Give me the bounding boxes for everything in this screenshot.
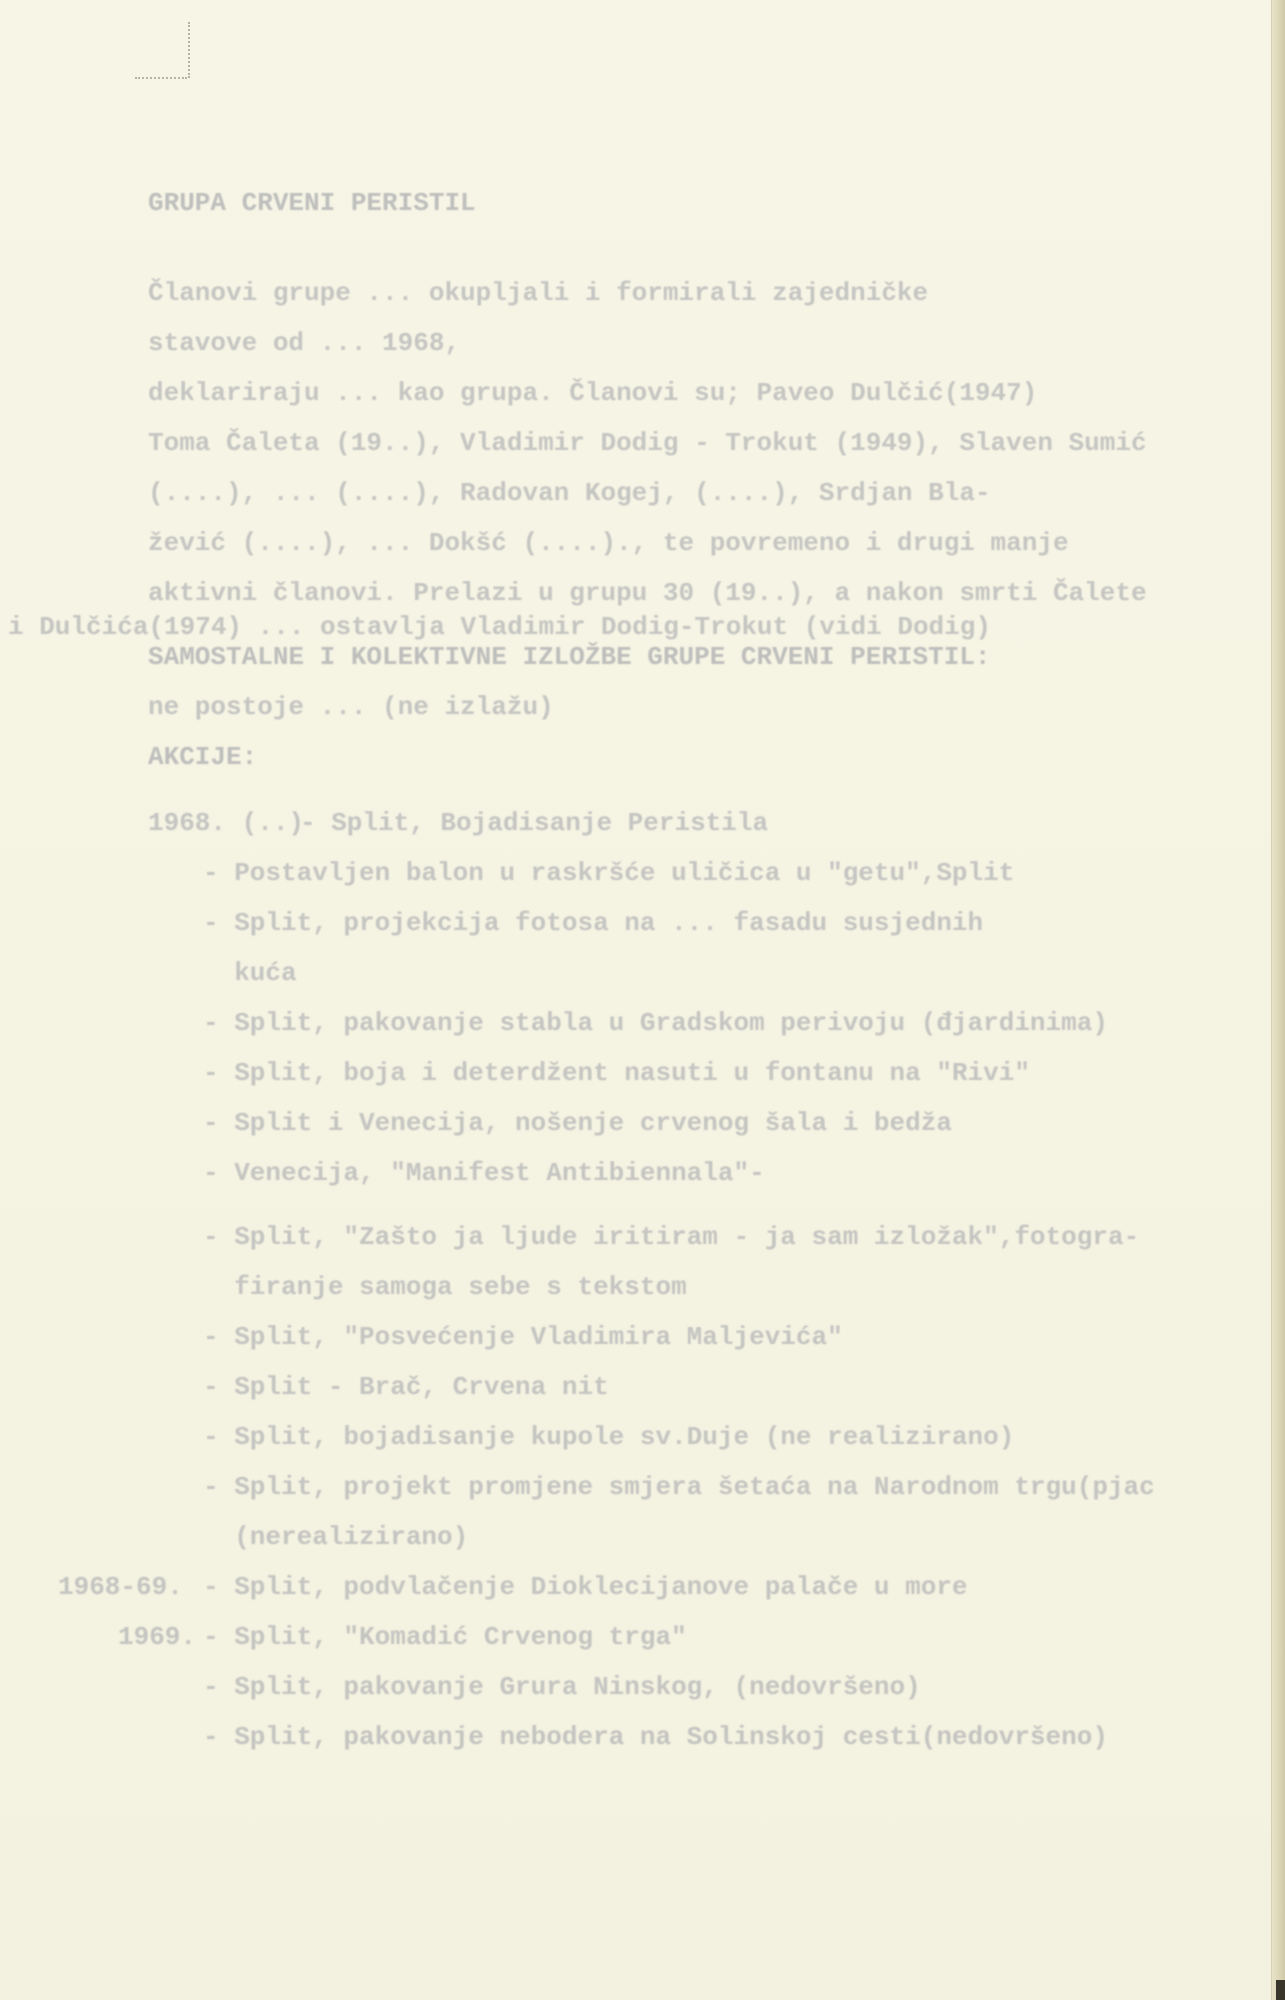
bleed-action-text: - Split, podvlačenje Dioklecijanove pala… — [203, 1572, 968, 1602]
bleed-members-line: Članovi grupe ... okupljali i formirali … — [148, 278, 928, 308]
bleed-members-line: i Dulčića(1974) ... ostavlja Vladimir Do… — [8, 612, 991, 642]
bleed-action-text: - Postavljen balon u raskršće uličica u … — [203, 858, 1014, 888]
bleed-action-text: - Split, "Posvećenje Vladimira Maljevića… — [203, 1322, 843, 1352]
bleed-action-text: - Split, boja i deterdžent nasuti u font… — [203, 1058, 1030, 1088]
bleed-members-line: žević (....), ... Dokšć (....)., te povr… — [148, 528, 1069, 558]
bleed-action-year: 1968-69. — [58, 1572, 183, 1602]
bleed-action-text: - Venecija, "Manifest Antibiennala"- — [203, 1158, 765, 1188]
bleed-action-text: (nerealizirano) — [203, 1522, 468, 1552]
bleed-exhibitions-note: ne postoje ... (ne izlažu) — [148, 692, 554, 722]
bleed-action-text: - Split, pakovanje Grura Ninskog, (nedov… — [203, 1672, 921, 1702]
bleed-action-text: - Split i Venecija, nošenje crvenog šala… — [203, 1108, 952, 1138]
bleed-action-text: - Split, "Zašto ja ljude iritiram - ja s… — [203, 1222, 1139, 1252]
bleed-members-line: aktivni članovi. Prelazi u grupu 30 (19.… — [148, 578, 1147, 608]
bleed-action-text: firanje samoga sebe s tekstom — [203, 1272, 687, 1302]
bleed-action-year: 1969. — [118, 1622, 196, 1652]
page-edge-shadow — [1276, 1980, 1285, 2000]
corner-mark — [180, 22, 190, 78]
bleed-action-text: - Split, pakovanje nebodera na Solinskoj… — [203, 1722, 1108, 1752]
corner-mark-horizontal — [135, 77, 187, 79]
bleed-action-year: 1968. (..) — [148, 808, 304, 838]
bleed-heading-group: GRUPA CRVENI PERISTIL — [148, 188, 476, 218]
bleed-action-text: - Split - Brač, Crvena nit — [203, 1372, 609, 1402]
bleed-heading-exhibitions: SAMOSTALNE I KOLEKTIVNE IZLOŽBE GRUPE CR… — [148, 642, 991, 672]
bleed-members-line: (....), ... (....), Radovan Kogej, (....… — [148, 478, 991, 508]
bleed-action-text: - Split, Bojadisanje Peristila — [300, 808, 768, 838]
bleed-members-line: stavove od ... 1968, — [148, 328, 460, 358]
bleed-members-line: deklariraju ... kao grupa. Članovi su; P… — [148, 378, 1037, 408]
bleed-action-text: - Split, pakovanje stabla u Gradskom per… — [203, 1008, 1108, 1038]
bleed-action-text: - Split, projekt promjene smjera šetaća … — [203, 1472, 1155, 1502]
bleed-heading-actions: AKCIJE: — [148, 742, 257, 772]
bleed-action-text: kuća — [203, 958, 297, 988]
bleed-action-text: - Split, projekcija fotosa na ... fasadu… — [203, 908, 983, 938]
bleed-action-text: - Split, "Komadić Crvenog trga" — [203, 1622, 687, 1652]
bleed-action-text: - Split, bojadisanje kupole sv.Duje (ne … — [203, 1422, 1014, 1452]
page-edge — [1271, 0, 1285, 2000]
bleed-members-line: Toma Čaleta (19..), Vladimir Dodig - Tro… — [148, 428, 1147, 458]
